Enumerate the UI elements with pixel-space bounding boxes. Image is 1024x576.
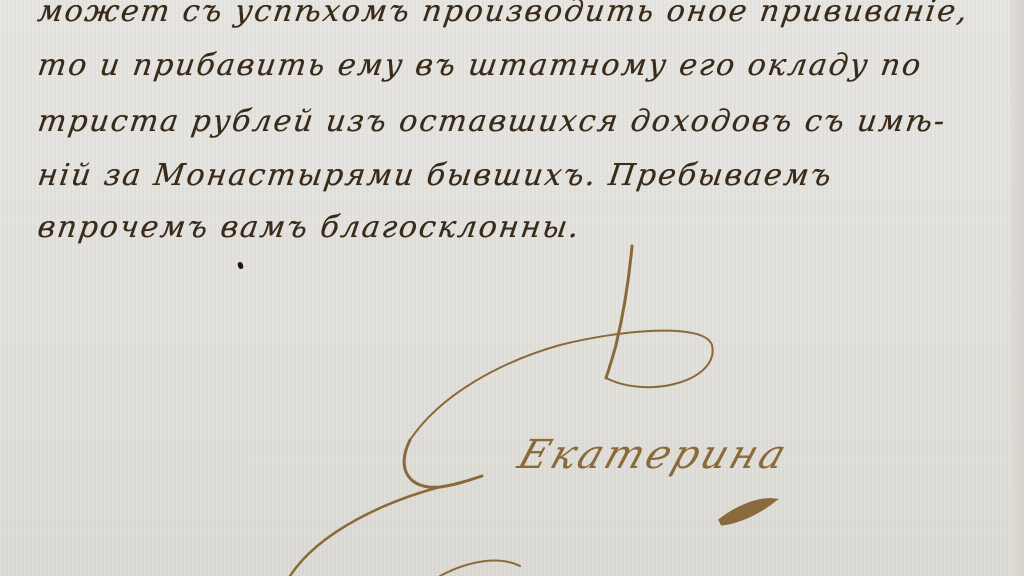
letter-line-3: триста рублей изъ оставшихся доходовъ съ… [36, 104, 949, 139]
paper-edge [1010, 0, 1024, 576]
letter-line-5: впрочемъ вамъ благосклонны. [36, 210, 583, 245]
letter-line-1: может съ успѣхомъ производить оное приви… [36, 0, 972, 29]
letter-line-2: то и прибавить ему въ штатному его оклад… [36, 48, 925, 83]
letter-line-4: нiй за Монастырями бывшихъ. Пребываемъ [36, 158, 836, 193]
paper-background [0, 0, 1024, 576]
signature-name: Екатерина [513, 432, 795, 478]
